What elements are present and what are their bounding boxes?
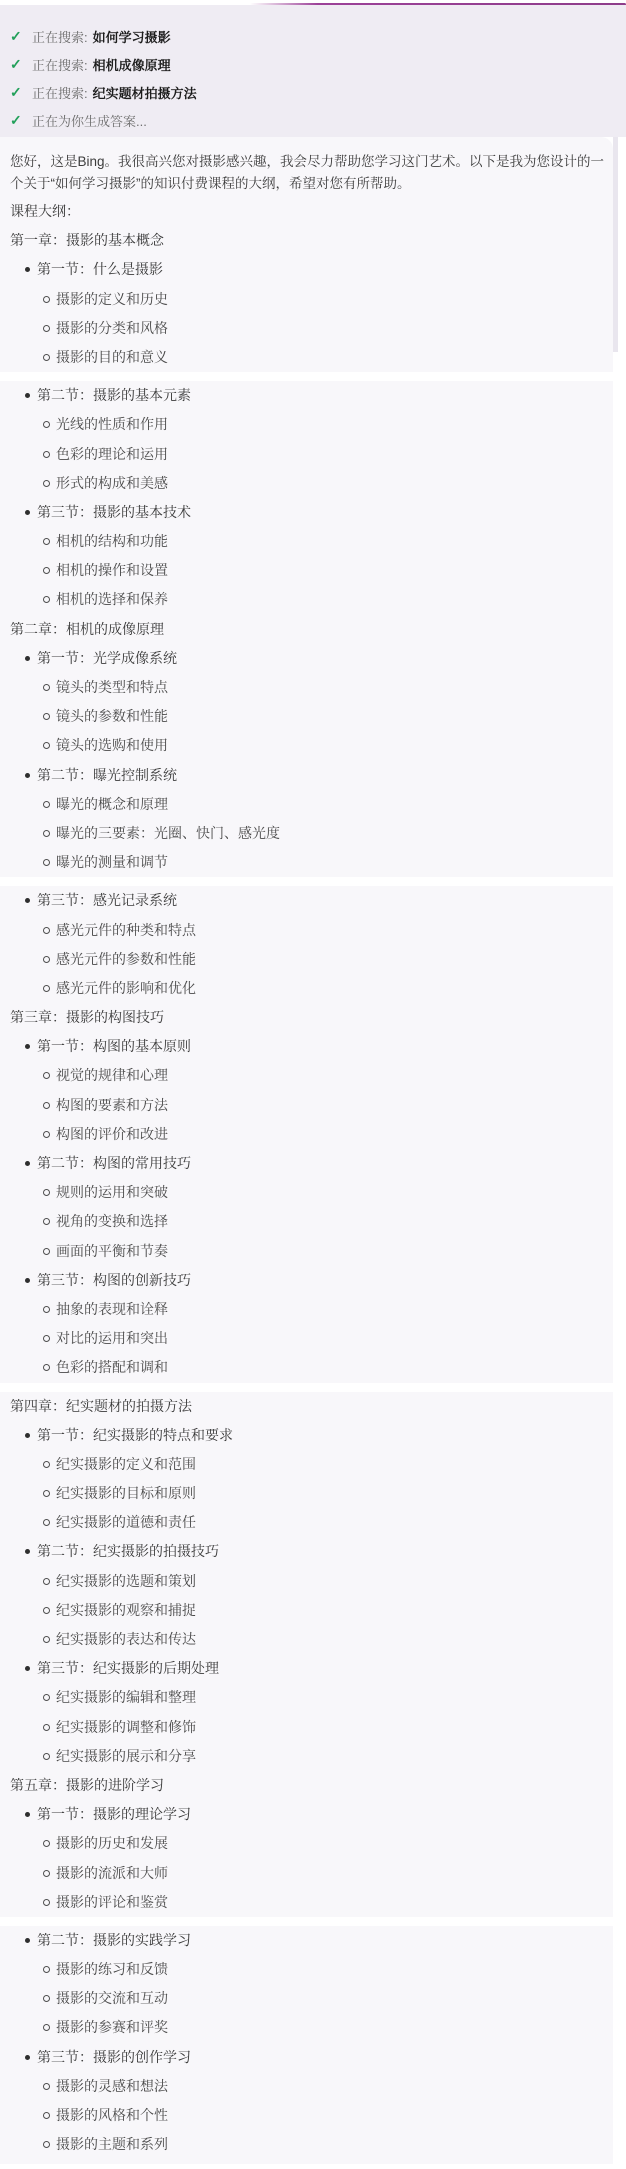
circle-bullet-icon [43, 742, 50, 749]
circle-bullet-icon [43, 1694, 50, 1701]
outline-text: 摄影的目的和意义 [56, 349, 168, 365]
outline-sub: 相机的操作和设置 [10, 556, 609, 585]
outline-sub: 纪实摄影的观察和捕捉 [10, 1596, 609, 1625]
stitch-gap [0, 372, 626, 381]
outline-text: 纪实摄影的编辑和整理 [56, 1689, 196, 1705]
bullet-icon [25, 1549, 30, 1554]
circle-bullet-icon [43, 1248, 50, 1255]
outline-text: 纪实摄影的表达和传达 [56, 1631, 196, 1647]
outline-title: 课程大纲： [10, 197, 609, 226]
outline-text: 摄影的练习和反馈 [56, 1961, 168, 1977]
outline-text: 摄影的交流和互动 [56, 1990, 168, 2006]
outline-text: 摄影的历史和发展 [56, 1835, 168, 1851]
circle-bullet-icon [43, 1306, 50, 1313]
outline-sub: 抽象的表现和诠释 [10, 1295, 609, 1324]
outline-sub: 视角的变换和选择 [10, 1207, 609, 1236]
outline-sub: 曝光的测量和调节 [10, 848, 609, 877]
search-status-row: ✓正在搜索:如何学习摄影 [0, 22, 626, 50]
outline-text: 色彩的搭配和调和 [56, 1359, 168, 1375]
circle-bullet-icon [43, 1189, 50, 1196]
status-label: 正在搜索: [32, 27, 88, 46]
outline-sub: 摄影的历史和发展 [10, 1829, 609, 1858]
outline-text: 镜头的参数和性能 [56, 708, 168, 724]
outline-text: 纪实摄影的展示和分享 [56, 1748, 196, 1764]
outline-text: 第三节：构图的创新技巧 [37, 1272, 191, 1288]
outline-sub: 对比的运用和突出 [10, 1324, 609, 1353]
bullet-icon [25, 393, 30, 398]
outline-sub: 摄影的目的和意义 [10, 343, 609, 372]
bullet-icon [25, 1044, 30, 1049]
circle-bullet-icon [43, 1131, 50, 1138]
outline-sub: 纪实摄影的道德和责任 [10, 1508, 609, 1537]
page-background-strip [613, 137, 618, 352]
outline-text: 摄影的灵感和想法 [56, 2078, 168, 2094]
outline-sub: 色彩的搭配和调和 [10, 1353, 609, 1382]
outline-section: 第一节：摄影的理论学习 [10, 1800, 609, 1829]
bing-chat-page: ✓正在搜索:如何学习摄影✓正在搜索:相机成像原理✓正在搜索:纪实题材拍摄方法✓正… [0, 0, 626, 2169]
circle-bullet-icon [43, 1966, 50, 1973]
outline-sub: 构图的要素和方法 [10, 1091, 609, 1120]
outline-sub: 相机的选择和保养 [10, 585, 609, 614]
outline-text: 色彩的理论和运用 [56, 446, 168, 462]
bullet-icon [25, 898, 30, 903]
outline-text: 规则的运用和突破 [56, 1184, 168, 1200]
bullet-icon [25, 1666, 30, 1671]
outline-text: 纪实摄影的调整和修饰 [56, 1719, 196, 1735]
outline-text: 摄影的风格和个性 [56, 2107, 168, 2123]
outline-text: 第二节：曝光控制系统 [37, 767, 177, 783]
outline-sub: 纪实摄影的表达和传达 [10, 1625, 609, 1654]
circle-bullet-icon [43, 325, 50, 332]
outline-sub: 相机的结构和功能 [10, 527, 609, 556]
outline-text: 第二节：构图的常用技巧 [37, 1155, 191, 1171]
outline-text: 相机的选择和保养 [56, 591, 168, 607]
outline-chapter: 第三章：摄影的构图技巧 [10, 1003, 609, 1032]
status-label: 正在搜索: [32, 83, 88, 102]
circle-bullet-icon [43, 830, 50, 837]
circle-bullet-icon [43, 1870, 50, 1877]
status-label: 正在搜索: [32, 55, 88, 74]
bullet-icon [25, 1161, 30, 1166]
outline-sub: 形式的构成和美感 [10, 469, 609, 498]
outline-section: 第三节：摄影的创作学习 [10, 2043, 609, 2072]
circle-bullet-icon [43, 538, 50, 545]
outline-section: 第一节：纪实摄影的特点和要求 [10, 1421, 609, 1450]
check-icon: ✓ [10, 56, 32, 73]
circle-bullet-icon [43, 927, 50, 934]
check-icon: ✓ [10, 28, 32, 45]
search-query: 如何学习摄影 [93, 27, 171, 46]
circle-bullet-icon [43, 296, 50, 303]
page-bottom-strip [0, 2164, 626, 2169]
outline-sub: 摄影的交流和互动 [10, 1984, 609, 2013]
outline-text: 第一节：纪实摄影的特点和要求 [37, 1427, 233, 1443]
outline-sub: 纪实摄影的选题和策划 [10, 1567, 609, 1596]
outline-text: 构图的要素和方法 [56, 1097, 168, 1113]
circle-bullet-icon [43, 713, 50, 720]
outline-chapter: 第二章：相机的成像原理 [10, 615, 609, 644]
circle-bullet-icon [43, 1335, 50, 1342]
circle-bullet-icon [43, 1072, 50, 1079]
circle-bullet-icon [43, 596, 50, 603]
circle-bullet-icon [43, 1490, 50, 1497]
outline-text: 第一节：构图的基本原则 [37, 1038, 191, 1054]
circle-bullet-icon [43, 1899, 50, 1906]
search-status-block: ✓正在搜索:如何学习摄影✓正在搜索:相机成像原理✓正在搜索:纪实题材拍摄方法✓正… [0, 5, 626, 137]
outline-sub: 摄影的分类和风格 [10, 314, 609, 343]
circle-bullet-icon [43, 2024, 50, 2031]
bullet-icon [25, 510, 30, 515]
status-label: 正在为你生成答案... [32, 111, 147, 130]
outline-text: 对比的运用和突出 [56, 1330, 168, 1346]
outline-text: 视角的变换和选择 [56, 1213, 168, 1229]
outline-text: 第二节：纪实摄影的拍摄技巧 [37, 1543, 219, 1559]
circle-bullet-icon [43, 684, 50, 691]
outline-text: 纪实摄影的选题和策划 [56, 1573, 196, 1589]
circle-bullet-icon [43, 956, 50, 963]
outline-section: 第三节：感光记录系统 [10, 886, 609, 915]
outline-sub: 纪实摄影的调整和修饰 [10, 1713, 609, 1742]
bullet-icon [25, 1433, 30, 1438]
circle-bullet-icon [43, 1218, 50, 1225]
outline-chapter: 第五章：摄影的进阶学习 [10, 1771, 609, 1800]
outline-text: 纪实摄影的道德和责任 [56, 1514, 196, 1530]
outline-sub: 摄影的定义和历史 [10, 285, 609, 314]
circle-bullet-icon [43, 2141, 50, 2148]
outline-text: 摄影的定义和历史 [56, 291, 168, 307]
circle-bullet-icon [43, 1724, 50, 1731]
circle-bullet-icon [43, 1102, 50, 1109]
search-status-row: ✓正在为你生成答案... [0, 106, 626, 134]
outline-sub: 摄影的参赛和评奖 [10, 2013, 609, 2042]
outline-section: 第二节：纪实摄影的拍摄技巧 [10, 1537, 609, 1566]
search-status-list: ✓正在搜索:如何学习摄影✓正在搜索:相机成像原理✓正在搜索:纪实题材拍摄方法✓正… [0, 22, 626, 134]
outline-sub: 色彩的理论和运用 [10, 440, 609, 469]
outline-text: 摄影的参赛和评奖 [56, 2019, 168, 2035]
outline-text: 曝光的三要素：光圈、快门、感光度 [56, 825, 280, 841]
outline-text: 第五章：摄影的进阶学习 [10, 1777, 164, 1793]
outline-text: 光线的性质和作用 [56, 416, 168, 432]
outline-sub: 摄影的练习和反馈 [10, 1955, 609, 1984]
outline-text: 第一章：摄影的基本概念 [10, 232, 164, 248]
outline-text: 第二节：摄影的实践学习 [37, 1932, 191, 1948]
outline-text: 感光元件的影响和优化 [56, 980, 196, 996]
outline-text: 感光元件的参数和性能 [56, 951, 196, 967]
outline-text: 镜头的选购和使用 [56, 737, 168, 753]
bullet-icon [25, 656, 30, 661]
outline-text: 第三节：纪实摄影的后期处理 [37, 1660, 219, 1676]
outline-text: 摄影的流派和大师 [56, 1865, 168, 1881]
outline-text: 摄影的主题和系列 [56, 2136, 168, 2152]
outline-text: 第三节：摄影的创作学习 [37, 2049, 191, 2065]
outline-sub: 摄影的风格和个性 [10, 2101, 609, 2130]
bullet-icon [25, 267, 30, 272]
circle-bullet-icon [43, 354, 50, 361]
outline-sub: 视觉的规律和心理 [10, 1061, 609, 1090]
search-status-row: ✓正在搜索:纪实题材拍摄方法 [0, 78, 626, 106]
circle-bullet-icon [43, 801, 50, 808]
outline-section: 第二节：构图的常用技巧 [10, 1149, 609, 1178]
outline-sub: 摄影的评论和鉴赏 [10, 1888, 609, 1917]
circle-bullet-icon [43, 1519, 50, 1526]
check-icon: ✓ [10, 84, 32, 101]
outline-section: 第三节：构图的创新技巧 [10, 1266, 609, 1295]
outline-text: 感光元件的种类和特点 [56, 922, 196, 938]
outline-sub: 纪实摄影的编辑和整理 [10, 1683, 609, 1712]
outline-text: 纪实摄影的目标和原则 [56, 1485, 196, 1501]
outline-sub: 感光元件的影响和优化 [10, 974, 609, 1003]
outline-text: 相机的操作和设置 [56, 562, 168, 578]
circle-bullet-icon [43, 1636, 50, 1643]
outline-text: 第二节：摄影的基本元素 [37, 387, 191, 403]
stitch-gap [0, 1917, 626, 1926]
outline-section: 第三节：摄影的基本技术 [10, 498, 609, 527]
outline-sub: 画面的平衡和节奏 [10, 1237, 609, 1266]
outline-text: 画面的平衡和节奏 [56, 1243, 168, 1259]
circle-bullet-icon [43, 1578, 50, 1585]
outline-section: 第二节：摄影的实践学习 [10, 1926, 609, 1955]
circle-bullet-icon [43, 2112, 50, 2119]
outline-text: 第二章：相机的成像原理 [10, 621, 164, 637]
circle-bullet-icon [43, 421, 50, 428]
outline-text: 曝光的概念和原理 [56, 796, 168, 812]
circle-bullet-icon [43, 480, 50, 487]
outline-text: 纪实摄影的定义和范围 [56, 1456, 196, 1472]
circle-bullet-icon [43, 1995, 50, 2002]
outline-text: 第三章：摄影的构图技巧 [10, 1009, 164, 1025]
outline-text: 摄影的分类和风格 [56, 320, 168, 336]
outline-section: 第三节：纪实摄影的后期处理 [10, 1654, 609, 1683]
outline-text: 曝光的测量和调节 [56, 854, 168, 870]
circle-bullet-icon [43, 567, 50, 574]
outline-section: 第二节：摄影的基本元素 [10, 381, 609, 410]
outline-text: 第一节：摄影的理论学习 [37, 1806, 191, 1822]
bullet-icon [25, 1278, 30, 1283]
search-query: 纪实题材拍摄方法 [93, 83, 197, 102]
answer-intro-text: 您好，这是Bing。我很高兴您对摄影感兴趣，我会尽力帮助您学习这门艺术。以下是我… [10, 151, 609, 195]
outline-text: 视觉的规律和心理 [56, 1067, 168, 1083]
outline-text: 纪实摄影的观察和捕捉 [56, 1602, 196, 1618]
bullet-icon [25, 1938, 30, 1943]
outline-sub: 纪实摄影的展示和分享 [10, 1742, 609, 1771]
outline-sub: 感光元件的种类和特点 [10, 916, 609, 945]
outline-sub: 曝光的三要素：光圈、快门、感光度 [10, 819, 609, 848]
search-status-row: ✓正在搜索:相机成像原理 [0, 50, 626, 78]
bullet-icon [25, 1812, 30, 1817]
bullet-icon [25, 773, 30, 778]
outline-text: 第三节：感光记录系统 [37, 892, 177, 908]
outline-sub: 规则的运用和突破 [10, 1178, 609, 1207]
outline-sub: 纪实摄影的定义和范围 [10, 1450, 609, 1479]
outline-sub: 摄影的灵感和想法 [10, 2072, 609, 2101]
outline-text: 第一节：光学成像系统 [37, 650, 177, 666]
outline-text: 构图的评价和改进 [56, 1126, 168, 1142]
circle-bullet-icon [43, 2083, 50, 2090]
outline-sub: 曝光的概念和原理 [10, 790, 609, 819]
circle-bullet-icon [43, 1840, 50, 1847]
outline-text: 镜头的类型和特点 [56, 679, 168, 695]
outline-text: 抽象的表现和诠释 [56, 1301, 168, 1317]
circle-bullet-icon [43, 1364, 50, 1371]
circle-bullet-icon [43, 1753, 50, 1760]
outline-chapter: 第一章：摄影的基本概念 [10, 226, 609, 255]
circle-bullet-icon [43, 1461, 50, 1468]
outline-section: 第一节：光学成像系统 [10, 644, 609, 673]
outline-section: 第一节：构图的基本原则 [10, 1032, 609, 1061]
search-query: 相机成像原理 [93, 55, 171, 74]
outline-text: 第四章：纪实题材的拍摄方法 [10, 1398, 192, 1414]
stitch-gap [0, 1383, 626, 1392]
outline-text: 相机的结构和功能 [56, 533, 168, 549]
outline-sub: 光线的性质和作用 [10, 410, 609, 439]
outline-section: 第二节：曝光控制系统 [10, 761, 609, 790]
circle-bullet-icon [43, 451, 50, 458]
outline-text: 第一节：什么是摄影 [37, 261, 163, 277]
bullet-icon [25, 2055, 30, 2060]
circle-bullet-icon [43, 985, 50, 992]
outline-section: 第一节：什么是摄影 [10, 255, 609, 284]
course-outline-list: 第一章：摄影的基本概念第一节：什么是摄影摄影的定义和历史摄影的分类和风格摄影的目… [10, 226, 609, 2159]
answer-bubble: 您好，这是Bing。我很高兴您对摄影感兴趣，我会尽力帮助您学习这门艺术。以下是我… [0, 137, 613, 2169]
stitch-gap [0, 877, 626, 886]
outline-sub: 摄影的流派和大师 [10, 1859, 609, 1888]
outline-sub: 镜头的类型和特点 [10, 673, 609, 702]
outline-chapter: 第四章：纪实题材的拍摄方法 [10, 1392, 609, 1421]
outline-sub: 镜头的参数和性能 [10, 702, 609, 731]
check-icon: ✓ [10, 112, 32, 129]
outline-sub: 构图的评价和改进 [10, 1120, 609, 1149]
circle-bullet-icon [43, 1607, 50, 1614]
outline-sub: 纪实摄影的目标和原则 [10, 1479, 609, 1508]
outline-sub: 镜头的选购和使用 [10, 731, 609, 760]
outline-sub: 摄影的主题和系列 [10, 2130, 609, 2159]
outline-sub: 感光元件的参数和性能 [10, 945, 609, 974]
outline-text: 摄影的评论和鉴赏 [56, 1894, 168, 1910]
circle-bullet-icon [43, 859, 50, 866]
outline-text: 第三节：摄影的基本技术 [37, 504, 191, 520]
outline-text: 形式的构成和美感 [56, 475, 168, 491]
